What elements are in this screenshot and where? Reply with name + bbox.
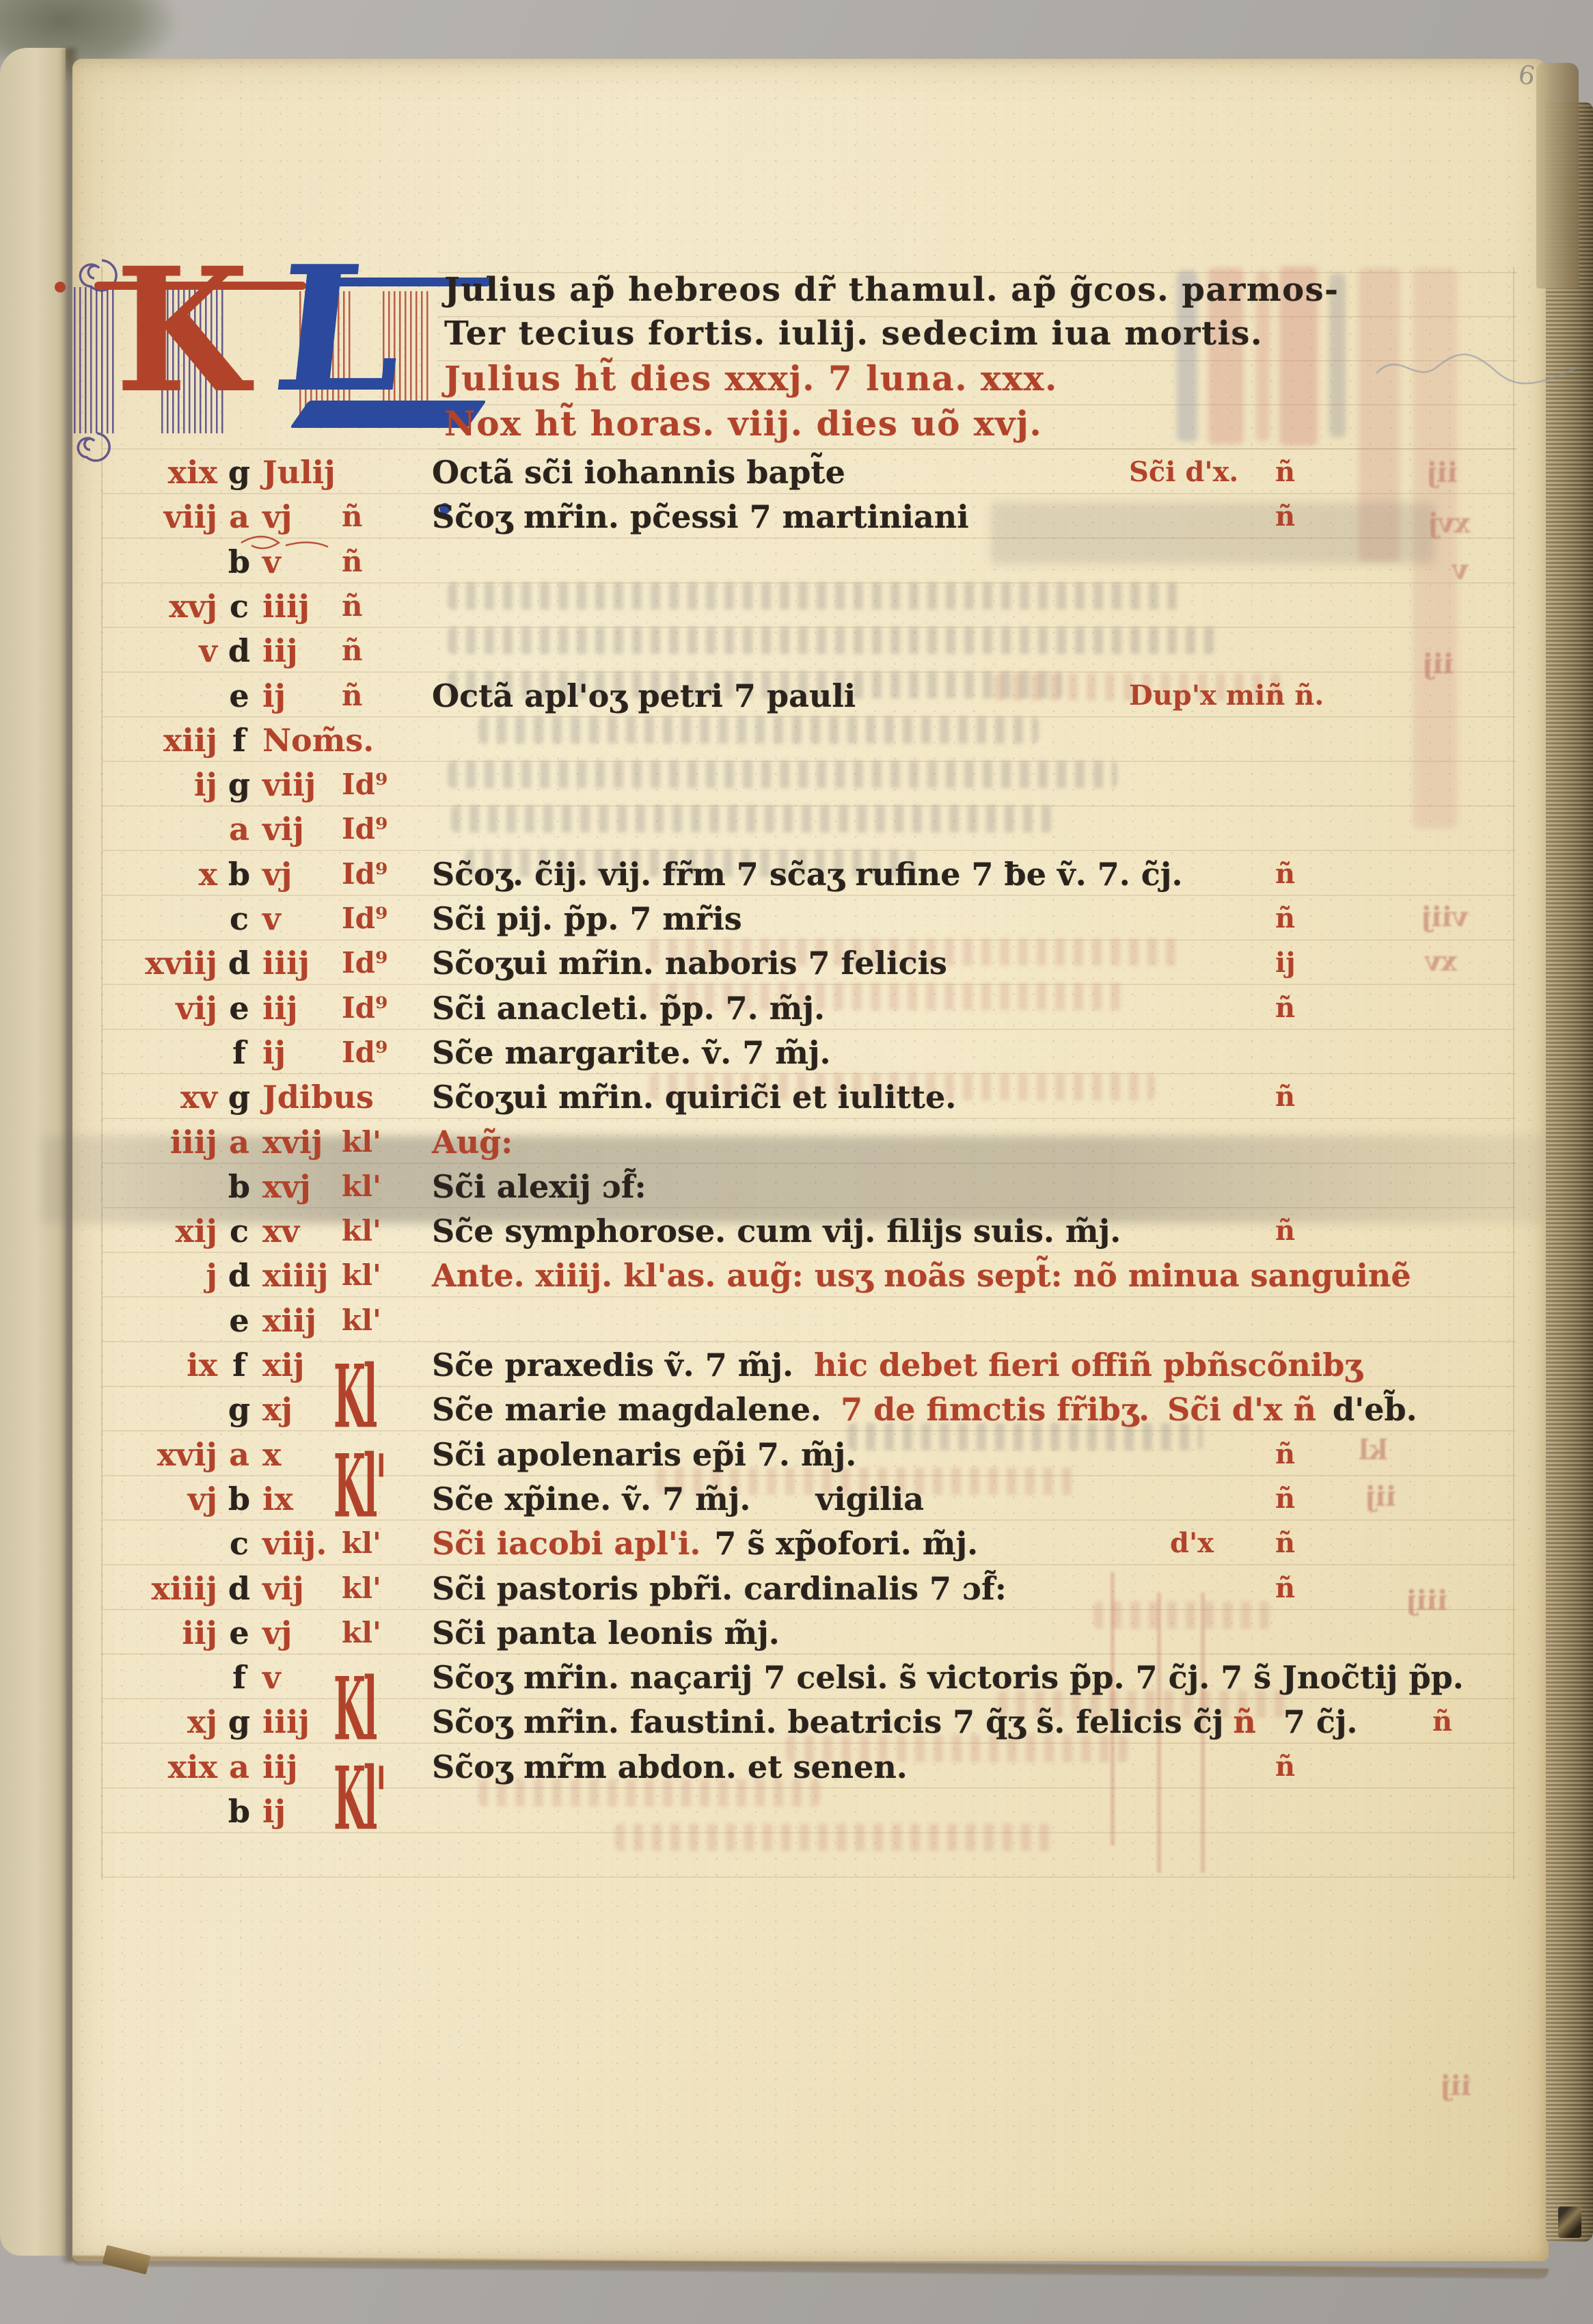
initial-finial-dot <box>55 282 66 293</box>
feast-entry-segment: Sc̃i iacobi apl'i. <box>432 1522 700 1565</box>
calendar-row: xixaiijKl'Sc̃oʒ mr̃m abdon. et senen.ñ <box>0 1746 1593 1791</box>
dominical-letter: g <box>221 1388 257 1431</box>
dominical-letter: d <box>221 1567 257 1610</box>
golden-number: xvij <box>103 1433 217 1476</box>
day-label: Id⁹ <box>342 808 387 850</box>
day-numeral: xv <box>262 1210 299 1252</box>
feast-entry-segment: Ante. xiiij. kl'as. aug̃: usʒ noãs sept̃… <box>432 1254 1411 1297</box>
day-label: kl' <box>342 1567 381 1610</box>
calendar-row: xjgiiijSc̃oʒ mr̃in. faustini. beatricis … <box>0 1701 1593 1746</box>
golden-number: vij <box>103 987 217 1029</box>
calendar-row: xiijfNom̃s. <box>0 719 1593 764</box>
feast-entry: Sc̃e marie magdalene.7 de fimctis fr̃ibʒ… <box>432 1388 1417 1431</box>
golden-number: xv <box>103 1076 217 1118</box>
day-numeral: vj <box>262 496 292 538</box>
day-label: ñ <box>342 496 363 538</box>
feast-entry-segment: Sc̃i pastoris pbr̃i. cardinalis 7 ɔf̃: <box>432 1567 1007 1610</box>
margin-grade-note: d'x <box>1170 1522 1214 1565</box>
day-numeral: xvij <box>262 1121 323 1163</box>
day-label: kl' <box>342 1121 381 1163</box>
margin-grade-note: ñ <box>1275 1522 1295 1565</box>
dominical-letter: e <box>221 987 257 1029</box>
calendar-row: xviijdiiijId⁹Sc̃oʒui mr̃in. naboris 7 fe… <box>0 942 1593 987</box>
day-numeral: iiij <box>262 942 310 984</box>
day-label: Id⁹ <box>342 1031 387 1074</box>
margin-grade-note: ñ <box>1275 1478 1295 1520</box>
ink-squiggle-doodle <box>1372 340 1584 402</box>
header-rubric-line-1: Julius ht̃ dies xxxj. 7 luna. xxx. <box>444 357 1058 401</box>
feast-entry: Octã sc̃i iohannis bapt̃e <box>432 451 845 494</box>
day-numeral: Nom̃s. <box>262 719 374 761</box>
feast-entry-segment: Sc̃i alexij ɔf̃: <box>432 1165 646 1208</box>
feast-entry-segment: Aug̃: <box>432 1121 513 1163</box>
calendar-row: cvId⁹Sc̃i pij. p̃p. 7 mr̃isñ <box>0 897 1593 943</box>
feast-entry-segment: 7 c̃j. <box>1283 1701 1358 1743</box>
calendar-row: bvñ <box>0 541 1593 586</box>
calendar-row: ixfxijKlSc̃e praxedis ṽ. 7 m̃j.hic debet… <box>0 1344 1593 1389</box>
calendar-row: bxvjkl'Sc̃i alexij ɔf̃: <box>0 1165 1593 1211</box>
feast-entry-segment: Sc̃e xp̃ine. ṽ. 7 m̃j. <box>432 1478 750 1520</box>
dominical-letter: a <box>221 1746 257 1788</box>
feast-entry-segment: Sc̃oʒui mr̃in. quiric̃i et iulitte. <box>432 1076 956 1118</box>
feast-entry: Sc̃oʒ mr̃in. naçarij 7 celsi. s̃ victori… <box>432 1656 1464 1699</box>
feast-entry-segment: Sc̃i anacleti. p̃p. 7. m̃j. <box>432 987 825 1029</box>
day-numeral: vj <box>262 853 292 895</box>
feast-entry: Ante. xiiij. kl'as. aug̃: usʒ noãs sept̃… <box>432 1254 1411 1297</box>
golden-number: xiij <box>103 719 217 761</box>
calendar-row: fijId⁹Sc̃e margarite. ṽ. 7 m̃j. <box>0 1031 1593 1077</box>
dominical-letter: c <box>221 897 257 940</box>
bleedthrough-numeral: iij <box>1423 648 1454 680</box>
calendar-row: cviij.kl'Sc̃i iacobi apl'i.7 s̃ xp̃ofori… <box>0 1522 1593 1567</box>
feast-entry-segment: Sc̃e marie magdalene. <box>432 1388 821 1431</box>
feast-entry-segment: vigilia <box>815 1478 924 1520</box>
day-label: ñ <box>342 541 363 583</box>
calendar-row: vijeiijId⁹Sc̃i anacleti. p̃p. 7. m̃j.ñ <box>0 987 1593 1032</box>
day-label: Id⁹ <box>342 987 387 1029</box>
dominical-letter: f <box>221 1656 257 1699</box>
day-numeral: xvj <box>262 1165 311 1208</box>
margin-grade-note: ñ <box>1275 853 1295 895</box>
golden-number: xij <box>103 1210 217 1252</box>
feast-entry: Sc̃i pastoris pbr̃i. cardinalis 7 ɔf̃: <box>432 1567 1007 1610</box>
calendar-row: exiijkl' <box>0 1299 1593 1345</box>
golden-number: xj <box>103 1701 217 1743</box>
day-numeral: ij <box>262 1031 286 1074</box>
fore-edge-stack-top <box>1536 63 1579 288</box>
day-label: Id⁹ <box>342 942 387 984</box>
calendar-row: avijId⁹ <box>0 808 1593 853</box>
margin-grade-note: ñ <box>1275 1076 1295 1118</box>
dominical-letter: b <box>221 1478 257 1520</box>
calendar-row: xvjciiijñ <box>0 585 1593 630</box>
golden-number: ix <box>103 1344 217 1386</box>
dominical-letter: b <box>221 1165 257 1208</box>
feast-entry-segment: 7 s̃ xp̃ofori. m̃j. <box>714 1522 978 1565</box>
feast-entry: Sc̃oʒui mr̃in. naboris 7 felicis <box>432 942 947 984</box>
day-numeral: iij <box>262 630 298 672</box>
calendar-row: xiiijdvijkl'Sc̃i pastoris pbr̃i. cardina… <box>0 1567 1593 1612</box>
illuminated-initial-KL: K L <box>74 264 446 450</box>
dominical-letter: c <box>221 585 257 627</box>
day-label: kl' <box>342 1612 381 1654</box>
day-numeral: ij <box>262 1790 286 1833</box>
feast-entry-segment: Sc̃oʒ mr̃m abdon. et senen. <box>432 1746 908 1788</box>
initial-letter-k: K <box>115 245 249 416</box>
margin-grade-note: ñ <box>1275 987 1295 1029</box>
dominical-letter: g <box>221 1701 257 1743</box>
golden-number: x <box>103 853 217 895</box>
day-numeral: vij <box>262 808 304 850</box>
feast-entry: Sc̃oʒ mr̃in. pc̃essi 7 martiniani <box>432 496 969 538</box>
feast-entry-segment: Sc̃i pij. p̃p. 7 mr̃is <box>432 897 742 940</box>
day-label: kl' <box>342 1522 381 1565</box>
day-numeral: iij <box>262 1746 298 1788</box>
day-label: ñ <box>342 585 363 627</box>
day-numeral: viij <box>262 764 316 806</box>
dominical-letter: e <box>221 1612 257 1654</box>
feast-entry: Sc̃e praxedis ṽ. 7 m̃j.hic debet fieri o… <box>432 1344 1363 1386</box>
golden-number: vj <box>103 1478 217 1520</box>
feast-entry: Octã apl'oʒ petri 7 pauli <box>432 675 856 717</box>
feast-entry: Aug̃: <box>432 1121 513 1163</box>
bleedthrough-numeral: v <box>1452 554 1468 586</box>
day-numeral: x <box>262 1433 281 1476</box>
day-label: kl' <box>342 1165 381 1208</box>
day-label: Id⁹ <box>342 897 387 940</box>
dominical-letter: d <box>221 1254 257 1297</box>
day-numeral: iij <box>262 987 298 1029</box>
calendar-row: xvgJdibusSc̃oʒui mr̃in. quiric̃i et iuli… <box>0 1076 1593 1121</box>
margin-grade-note: ñ <box>1275 1210 1295 1252</box>
bleedthrough-numeral: iij <box>1365 1481 1396 1513</box>
day-numeral: Jdibus <box>262 1076 374 1118</box>
calendar-row: fvKlSc̃oʒ mr̃in. naçarij 7 celsi. s̃ vic… <box>0 1656 1593 1701</box>
dominical-letter: g <box>221 764 257 806</box>
feast-entry-segment: Sc̃oʒ mr̃in. faustini. beatricis 7 q̃ʒ s… <box>432 1701 1223 1743</box>
day-label: ñ <box>342 675 363 717</box>
feast-entry: Sc̃oʒui mr̃in. quiric̃i et iulitte. <box>432 1076 956 1118</box>
day-label: kl' <box>342 1254 381 1297</box>
dominical-letter: e <box>221 675 257 717</box>
feast-entry-segment: Sc̃oʒ. c̃ij. vij. fr̃m 7 sc̃aʒ rufine 7 … <box>432 853 1182 895</box>
golden-number: ij <box>103 764 217 806</box>
feast-entry-segment: Sc̃i d'x ñ <box>1167 1388 1316 1431</box>
margin-grade-note: ij <box>1275 942 1296 984</box>
penwork-panel-purple-left <box>74 287 118 433</box>
golden-number: xiiij <box>103 1567 217 1610</box>
calendar-row: vjbixSc̃e xp̃ine. ṽ. 7 m̃j.vigiliañ <box>0 1478 1593 1523</box>
day-label: Id⁹ <box>342 764 387 806</box>
day-label: ñ <box>342 630 363 672</box>
dominical-letter: b <box>221 541 257 583</box>
day-label: Id⁹ <box>342 853 387 895</box>
day-numeral: xij <box>262 1344 305 1386</box>
margin-grade-note: ñ <box>1275 897 1295 940</box>
initial-letter-l: L <box>267 243 412 416</box>
feast-entry-segment: Octã sc̃i iohannis bapt̃e <box>432 451 845 494</box>
calendar-row: xbvjId⁹Sc̃oʒ. c̃ij. vij. fr̃m 7 sc̃aʒ ru… <box>0 853 1593 898</box>
day-numeral: vj <box>262 1612 292 1654</box>
dominical-letter: g <box>221 1076 257 1118</box>
calendar-row: jdxiiijkl'Ante. xiiij. kl'as. aug̃: usʒ … <box>0 1254 1593 1299</box>
bleedthrough-numeral: kl <box>1359 1434 1388 1466</box>
day-numeral: xiiij <box>262 1254 329 1297</box>
day-numeral: iiij <box>262 1701 310 1743</box>
dominical-letter: f <box>221 1031 257 1074</box>
feast-entry: Sc̃oʒ mr̃m abdon. et senen. <box>432 1746 908 1788</box>
day-numeral: xj <box>262 1388 292 1431</box>
golden-number: xviij <box>103 942 217 984</box>
day-numeral: ij <box>262 675 286 717</box>
bleedthrough-numeral: iij <box>1427 457 1458 489</box>
calendar-row: xvijaxKl'Sc̃i apolenaris ep̃i 7. m̃j.ñ <box>0 1433 1593 1478</box>
bleedthrough-numeral: viij <box>1421 901 1468 933</box>
feast-entry-segment: ñ <box>1233 1701 1255 1743</box>
dominical-letter: a <box>221 1433 257 1476</box>
bleedthrough-numeral: iij <box>1441 2070 1471 2102</box>
golden-number: iij <box>103 1612 217 1654</box>
bleedthrough-numeral: xv <box>1425 945 1457 977</box>
dominical-letter: a <box>221 496 257 538</box>
dominical-letter: a <box>221 808 257 850</box>
golden-number: iiij <box>103 1121 217 1163</box>
margin-grade-note: ñ <box>1275 1433 1295 1476</box>
margin-grade-note: ñ <box>1275 1567 1295 1610</box>
clasp-remnant <box>1558 2206 1581 2238</box>
feast-entry-segment: Sc̃e symphorose. cum vij. filijs suis. m… <box>432 1210 1121 1252</box>
margin-grade-note: ñ <box>1432 1701 1452 1743</box>
margin-grade-note: ñ <box>1275 496 1295 538</box>
dominical-letter: c <box>221 1210 257 1252</box>
bleedthrough-numeral: iiij <box>1406 1584 1447 1617</box>
dominical-letter: d <box>221 942 257 984</box>
feast-entry: Sc̃i apolenaris ep̃i 7. m̃j. <box>432 1433 856 1476</box>
feast-entry-segment: Sc̃i apolenaris ep̃i 7. m̃j. <box>432 1433 856 1476</box>
feast-entry: Sc̃e xp̃ine. ṽ. 7 m̃j.vigilia <box>432 1478 924 1520</box>
calendar-row: eijñOctã apl'oʒ petri 7 pauliDup'x miñ ñ… <box>0 675 1593 720</box>
golden-number: viij <box>103 496 217 538</box>
calendar-row: iiijaxvijkl'Aug̃: <box>0 1121 1593 1166</box>
feast-entry: Sc̃i pij. p̃p. 7 mr̃is <box>432 897 742 940</box>
margin-grade-note: Sc̃i d'x. <box>1129 451 1238 494</box>
feast-entry-segment: Sc̃i panta leonis m̃j. <box>432 1612 780 1654</box>
calendar-row: iijevjkl'Sc̃i panta leonis m̃j. <box>0 1612 1593 1657</box>
feast-entry-segment: 7 de fimctis fr̃ibʒ. <box>841 1388 1149 1431</box>
feast-entry: Sc̃i alexij ɔf̃: <box>432 1165 646 1208</box>
feast-entry: Sc̃i iacobi apl'i.7 s̃ xp̃ofori. m̃j. <box>432 1522 978 1565</box>
dominical-letter: a <box>221 1121 257 1163</box>
day-numeral: v <box>262 541 281 583</box>
feast-entry: Sc̃i panta leonis m̃j. <box>432 1612 780 1654</box>
margin-grade-note: Dup'x miñ ñ. <box>1129 675 1324 717</box>
golden-number: xvj <box>103 585 217 627</box>
margin-grade-note: ñ <box>1275 1746 1295 1788</box>
dominical-letter: e <box>221 1299 257 1342</box>
feast-entry: Sc̃oʒ. c̃ij. vij. fr̃m 7 sc̃aʒ rufine 7 … <box>432 853 1182 895</box>
dominical-letter: d <box>221 630 257 672</box>
calendar-row: viijavjñSc̃oʒ mr̃in. pc̃essi 7 martinian… <box>0 496 1593 541</box>
day-numeral: xiij <box>262 1299 316 1342</box>
golden-number: j <box>103 1254 217 1297</box>
feast-entry-segment: Octã apl'oʒ petri 7 pauli <box>432 675 856 717</box>
calendar-row: ijgviijId⁹ <box>0 764 1593 809</box>
bleedthrough-numeral: xvj <box>1428 507 1471 539</box>
feast-entry-segment: Sc̃oʒ mr̃in. pc̃essi 7 martiniani <box>432 496 969 538</box>
golden-number: xix <box>103 451 217 494</box>
day-numeral: vij <box>262 1567 304 1610</box>
margin-grade-note: ñ <box>1275 451 1295 494</box>
day-numeral: Julij <box>262 451 336 494</box>
day-label: kl' <box>342 1299 381 1342</box>
feast-entry-segment: Sc̃e praxedis ṽ. 7 m̃j. <box>432 1344 793 1386</box>
feast-entry-segment: d'eb̃. <box>1333 1388 1417 1431</box>
dominical-letter: c <box>221 1522 257 1565</box>
day-label: kl' <box>342 1210 381 1252</box>
day-numeral: v <box>262 1656 281 1699</box>
header-rubric-line-2: Nox ht̃ horas. viij. dies uõ xvj. <box>444 402 1042 446</box>
feast-entry-segment: Sc̃oʒ mr̃in. naçarij 7 celsi. s̃ victori… <box>432 1656 1464 1699</box>
calendar-row: xixgJulijOctã sc̃i iohannis bapt̃eSc̃i d… <box>0 451 1593 496</box>
golden-number: v <box>103 630 217 672</box>
header-verse-line-1: Julius ap̃ hebreos dr̃ thamul. ap̃ g̃cos… <box>444 268 1339 312</box>
feast-entry-segment: hic debet fieri offiñ pbñscõnibʒ <box>814 1344 1362 1386</box>
feast-entry: Sc̃oʒ mr̃in. faustini. beatricis 7 q̃ʒ s… <box>432 1701 1358 1743</box>
dominical-letter: b <box>221 853 257 895</box>
day-numeral: ix <box>262 1478 293 1520</box>
calendar-row: xijcxvkl'Sc̃e symphorose. cum vij. filij… <box>0 1210 1593 1255</box>
feast-entry-segment: Sc̃e margarite. ṽ. 7 m̃j. <box>432 1031 831 1074</box>
calendar-row: bij <box>0 1790 1593 1835</box>
calendar-row: gxjSc̃e marie magdalene.7 de fimctis fr̃… <box>0 1388 1593 1433</box>
dominical-letter: f <box>221 719 257 761</box>
day-numeral: v <box>262 897 281 940</box>
dominical-letter: f <box>221 1344 257 1386</box>
golden-number: xix <box>103 1746 217 1788</box>
day-numeral: viij. <box>262 1522 327 1565</box>
dominical-letter: g <box>221 451 257 494</box>
feast-entry: Sc̃i anacleti. p̃p. 7. m̃j. <box>432 987 825 1029</box>
header-verse-line-2: Ter tecius fortis. iulij. sedecim iua mo… <box>444 312 1263 355</box>
feast-entry: Sc̃e symphorose. cum vij. filijs suis. m… <box>432 1210 1121 1252</box>
feast-entry: Sc̃e margarite. ṽ. 7 m̃j. <box>432 1031 831 1074</box>
day-numeral: iiij <box>262 585 310 627</box>
feast-entry-segment: Sc̃oʒui mr̃in. naboris 7 felicis <box>432 942 947 984</box>
dominical-letter: b <box>221 1790 257 1833</box>
calendar-row: vdiijñ <box>0 630 1593 675</box>
